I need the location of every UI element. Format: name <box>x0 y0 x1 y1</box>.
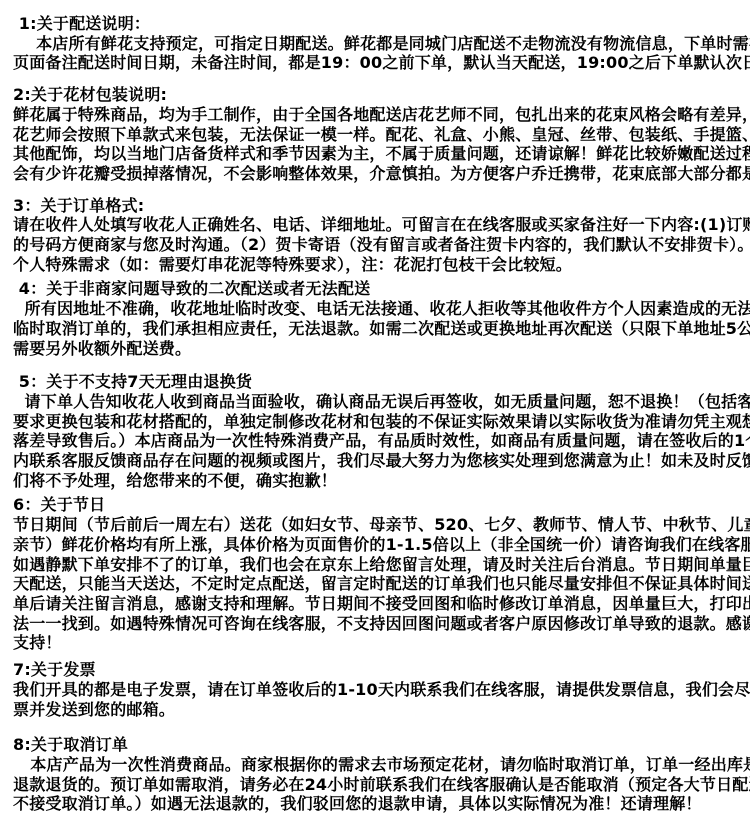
text-line: 支持！ <box>13 633 737 653</box>
text-line: 落差导致售后。）本店商品为一次性特殊消费产品，有品质时效性，如商品有质量问题，请… <box>13 431 737 451</box>
text-line: 们将不予处理，给您带来的不便，确实抱歉！ <box>13 471 737 491</box>
section-heading: 3：关于订单格式: <box>13 196 737 216</box>
text-line: 本店所有鲜花支持预定，可指定日期配送。鲜花都是同城门店配送不走物流没有物流信息，… <box>13 34 737 54</box>
section-heading: 7:关于发票 <box>13 660 737 680</box>
section-heading: 5：关于不支持7天无理由退换货 <box>13 372 737 392</box>
text-line: 的号码方便商家与您及时沟通。（2）贺卡寄语（没有留言或者备注贺卡内容的，我们默认… <box>13 235 737 255</box>
notice-section: 2:关于花材包装说明:鲜花属于特殊商品，均为手工制作，由于全国各地配送店花艺师不… <box>13 85 737 184</box>
text-line: 节日期间（节后前后一周左右）送花（如妇女节、母亲节、520、七夕、教师节、情人节… <box>13 515 737 535</box>
text-line: 天配送，只能当天送达，不定时定点配送，留言定时配送的订单我们也只能尽量安排但不保… <box>13 574 737 594</box>
section-heading: 4：关于非商家问题导致的二次配送或者无法配送 <box>13 279 737 299</box>
text-line: 要求更换包装和花材搭配的，单独定制修改花材和包装的不保证实际效果请以实际收货为准… <box>13 412 737 432</box>
text-line: 如遇静默下单安排不了的订单，我们也会在京东上给您留言处理，请及时关注后台消息。节… <box>13 555 737 575</box>
text-line: 临时取消订单的，我们承担相应责任，无法退款。如需二次配送或更换地址再次配送（只限… <box>13 319 737 339</box>
text-line: 页面备注配送时间日期，未备注时间，都是19：00之前下单，默认当天配送，19:0… <box>13 53 737 73</box>
text-line: 所有因地址不准确，收花地址临时改变、电话无法接通、收花人拒收等其他收件方个人因素… <box>13 299 737 319</box>
text-line: 亲节）鲜花价格均有所上涨，具体价格为页面售价的1-1.5倍以上（非全国统一价）请… <box>13 535 737 555</box>
notice-section: 8:关于取消订单 本店产品为一次性消费商品。商家根据你的需求去市场预定花材，请勿… <box>13 735 737 814</box>
notice-section: 6：关于节日节日期间（节后前后一周左右）送花（如妇女节、母亲节、520、七夕、教… <box>13 495 737 653</box>
text-line: 退款退货的。预订单如需取消，请务必在24小时前联系我们在线客服确认是否能取消（预… <box>13 775 737 795</box>
text-line: 请在收件人处填写收花人正确姓名、电话、详细地址。可留言在在线客服或买家备注好一下… <box>13 215 737 235</box>
text-line: 个人特殊需求（如：需要灯串花泥等特殊要求），注：花泥打包枝干会比较短。 <box>13 255 737 275</box>
text-line: 需要另外收额外配送费。 <box>13 339 737 359</box>
text-line: 票并发送到您的邮箱。 <box>13 700 737 720</box>
notice-section: 5：关于不支持7天无理由退换货 请下单人告知收花人收到商品当面验收，确认商品无误… <box>13 372 737 490</box>
text-line: 鲜花属于特殊商品，均为手工制作，由于全国各地配送店花艺师不同，包扎出来的花束风格… <box>13 105 737 125</box>
store-notice-document: 1:关于配送说明： 本店所有鲜花支持预定，可指定日期配送。鲜花都是同城门店配送不… <box>0 0 750 814</box>
text-line: 不接受取消订单。）如遇无法退款的，我们驳回您的退款申请，具体以实际情况为准！还请… <box>13 794 737 814</box>
notice-section: 3：关于订单格式:请在收件人处填写收花人正确姓名、电话、详细地址。可留言在在线客… <box>13 196 737 275</box>
text-line: 会有少许花瓣受损掉落情况，不会影响整体效果，介意慎拍。为方便客户乔迁携带，花束底… <box>13 164 737 184</box>
text-line: 请下单人告知收花人收到商品当面验收，确认商品无误后再签收，如无质量问题，恕不退换… <box>13 392 737 412</box>
text-line: 花艺师会按照下单款式来包装，无法保证一模一样。配花、礼盒、小熊、皇冠、丝带、包装… <box>13 125 737 145</box>
text-line: 本店产品为一次性消费商品。商家根据你的需求去市场预定花材，请勿临时取消订单，订单… <box>13 755 737 775</box>
text-line: 我们开具的都是电子发票，请在订单签收后的1-10天内联系我们在线客服，请提供发票… <box>13 680 737 700</box>
text-line: 内联系客服反馈商品存在问题的视频或图片，我们尽最大努力为您核实处理到您满意为止！… <box>13 451 737 471</box>
text-line: 法一一找到。如遇特殊情况可咨询在线客服，不支持因回图问题或者客户原因修改订单导致… <box>13 614 737 634</box>
notice-section: 7:关于发票我们开具的都是电子发票，请在订单签收后的1-10天内联系我们在线客服… <box>13 660 737 719</box>
section-heading: 2:关于花材包装说明: <box>13 85 737 105</box>
section-heading: 1:关于配送说明： <box>13 14 737 34</box>
section-heading: 6：关于节日 <box>13 495 737 515</box>
text-line: 单后请关注留言消息，感谢支持和理解。节日期间不接受回图和临时修改订单消息，因单量… <box>13 594 737 614</box>
notice-section: 4：关于非商家问题导致的二次配送或者无法配送 所有因地址不准确，收花地址临时改变… <box>13 279 737 358</box>
section-heading: 8:关于取消订单 <box>13 735 737 755</box>
text-line: 其他配饰，均以当地门店备货样式和季节因素为主，不属于质量问题，还请谅解！鲜花比较… <box>13 144 737 164</box>
notice-section: 1:关于配送说明： 本店所有鲜花支持预定，可指定日期配送。鲜花都是同城门店配送不… <box>13 14 737 73</box>
